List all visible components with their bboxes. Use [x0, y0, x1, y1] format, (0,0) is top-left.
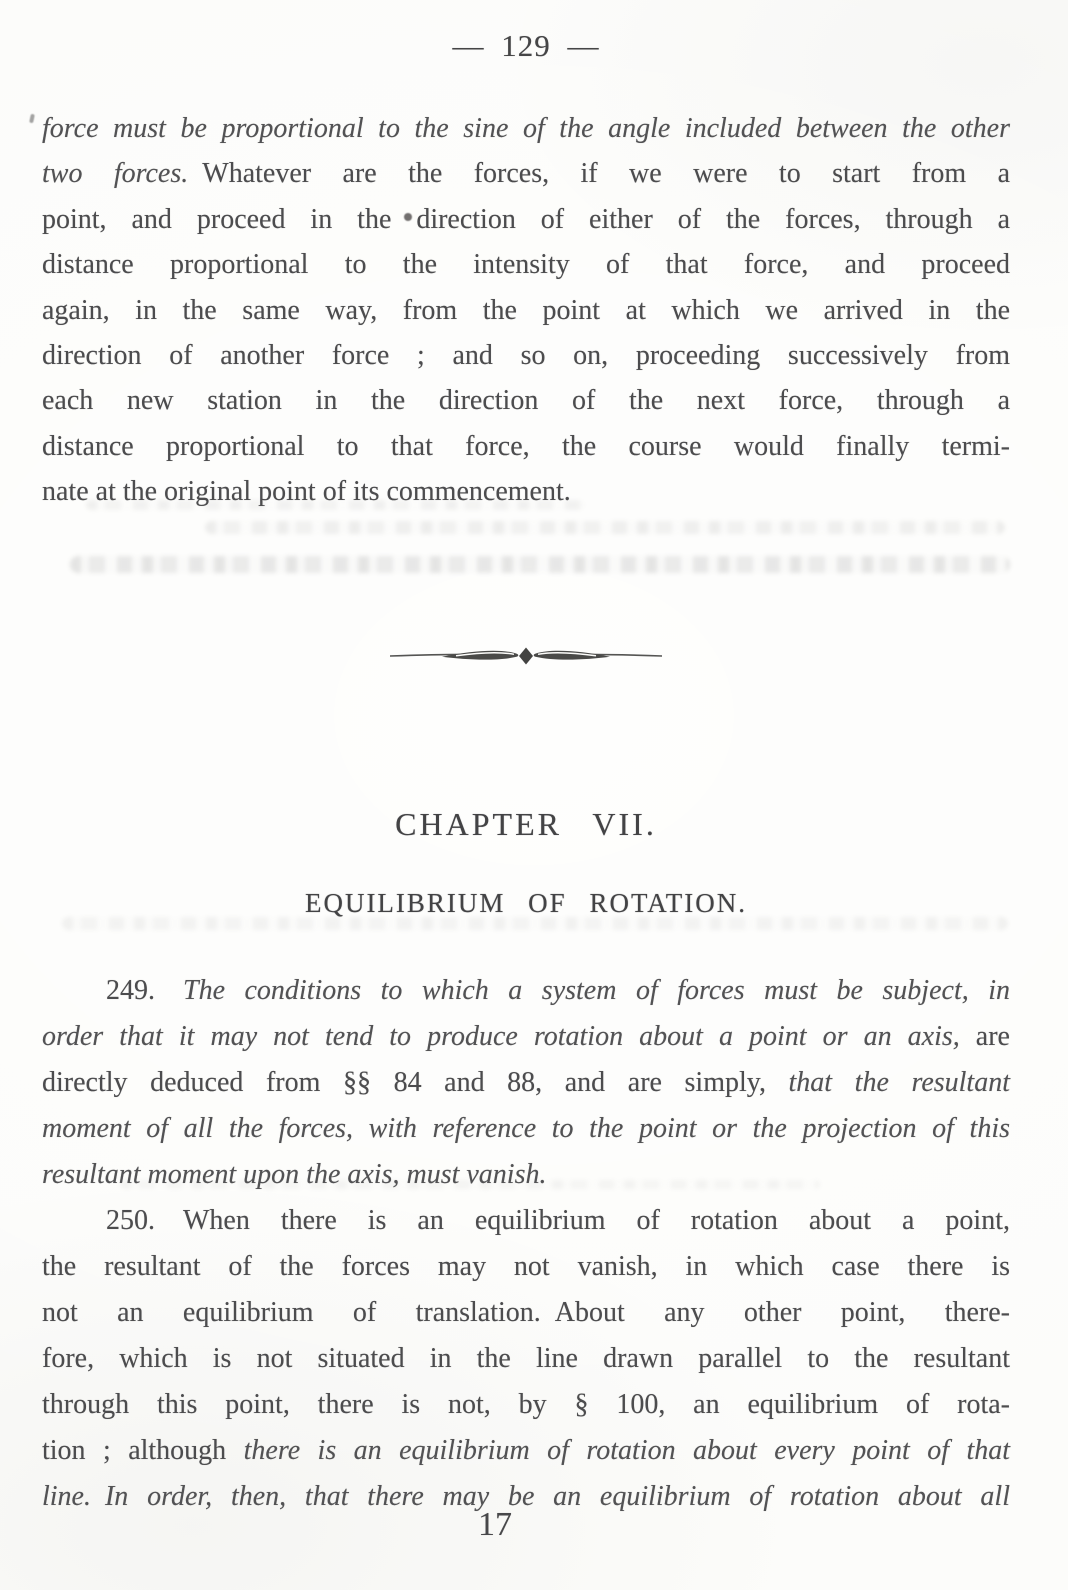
text-segment: Whatever are the forces, if we were to s…: [202, 158, 1010, 189]
bleedthrough-smudge: [205, 521, 1005, 534]
text-line: moment of all the forces, with reference…: [42, 1106, 1010, 1152]
text-segment: point, and proceed in the direction of e…: [42, 204, 1010, 235]
italic-text-segment: two forces.: [42, 158, 202, 189]
text-segment: distance proportional to the intensity o…: [42, 249, 1010, 280]
page-number: — 129 —: [42, 28, 1010, 64]
text-line: point, and proceed in the direction of e…: [42, 197, 1010, 242]
text-line: force must be proportional to the sine o…: [42, 106, 1010, 151]
scanned-book-page: — 129 — force must be proportional to th…: [0, 0, 1068, 1590]
text-line: direction of another force ; and so on, …: [42, 333, 1010, 378]
text-line: fore, which is not situated in the line …: [42, 1336, 1010, 1382]
text-segment: each new station in the direction of the…: [42, 385, 1010, 416]
italic-text-segment: The conditions to which a system of forc…: [183, 975, 1010, 1006]
italic-text-segment: that the resultant: [789, 1067, 1010, 1098]
paragraph-250: 250. When there is an equilibrium of rot…: [42, 1198, 1010, 1520]
text-segment: tion ; although: [42, 1435, 244, 1466]
text-segment: are: [960, 1021, 1010, 1052]
text-line: resultant moment upon the axis, must van…: [42, 1152, 1010, 1198]
text-line: order that it may not tend to produce ro…: [42, 1014, 1010, 1060]
text-line: two forces. Whatever are the forces, if …: [42, 151, 1010, 196]
italic-text-segment: resultant moment upon the axis, must van…: [42, 1159, 546, 1190]
italic-text-segment: order that it may not tend to produce ro…: [42, 1021, 960, 1052]
italic-text-segment: moment of all the forces, with reference…: [42, 1113, 1010, 1144]
italic-text-segment: force must be proportional to the sine o…: [42, 113, 1010, 144]
text-segment: again, in the same way, from the point a…: [42, 295, 1010, 326]
text-segment: direction of another force ; and so on, …: [42, 340, 1010, 371]
chapter-heading: CHAPTER VII.: [42, 806, 1010, 843]
text-line: each new station in the direction of the…: [42, 378, 1010, 423]
bleedthrough-smudge: [86, 500, 586, 510]
text-line: 250. When there is an equilibrium of rot…: [42, 1198, 1010, 1244]
paragraph-249: 249. The conditions to which a system of…: [42, 968, 1010, 1198]
text-segment: 250. When there is an equilibrium of rot…: [106, 1205, 1010, 1236]
text-segment: the resultant of the forces may not vani…: [42, 1251, 1010, 1282]
text-line: again, in the same way, from the point a…: [42, 288, 1010, 333]
text-line: tion ; although there is an equilibrium …: [42, 1428, 1010, 1474]
text-segment: through this point, there is not, by § 1…: [42, 1389, 1010, 1420]
text-segment: directly deduced from §§ 84 and 88, and …: [42, 1067, 789, 1098]
text-line: the resultant of the forces may not vani…: [42, 1244, 1010, 1290]
signature-number: 17: [0, 1506, 990, 1544]
text-line: through this point, there is not, by § 1…: [42, 1382, 1010, 1428]
text-line: 249. The conditions to which a system of…: [42, 968, 1010, 1014]
italic-text-segment: there is an equilibrium of rotation abou…: [244, 1435, 1010, 1466]
text-line: directly deduced from §§ 84 and 88, and …: [42, 1060, 1010, 1106]
text-segment: distance proportional to that force, the…: [42, 431, 1010, 462]
paragraph-continued: force must be proportional to the sine o…: [42, 106, 1010, 515]
text-segment: 249.: [106, 975, 183, 1006]
body-paragraphs: 249. The conditions to which a system of…: [42, 968, 1010, 1520]
section-heading: EQUILIBRIUM OF ROTATION.: [42, 888, 1010, 919]
text-line: distance proportional to that force, the…: [42, 424, 1010, 469]
text-line: distance proportional to the intensity o…: [42, 242, 1010, 287]
ink-stray-mark: [29, 114, 35, 124]
fleuron-rule-icon: [386, 644, 666, 668]
text-segment: fore, which is not situated in the line …: [42, 1343, 1010, 1374]
text-line: not an equilibrium of translation. About…: [42, 1290, 1010, 1336]
bleedthrough-smudge: [70, 556, 1010, 573]
text-segment: not an equilibrium of translation. About…: [42, 1297, 1010, 1328]
fleuron-divider: [42, 644, 1010, 673]
